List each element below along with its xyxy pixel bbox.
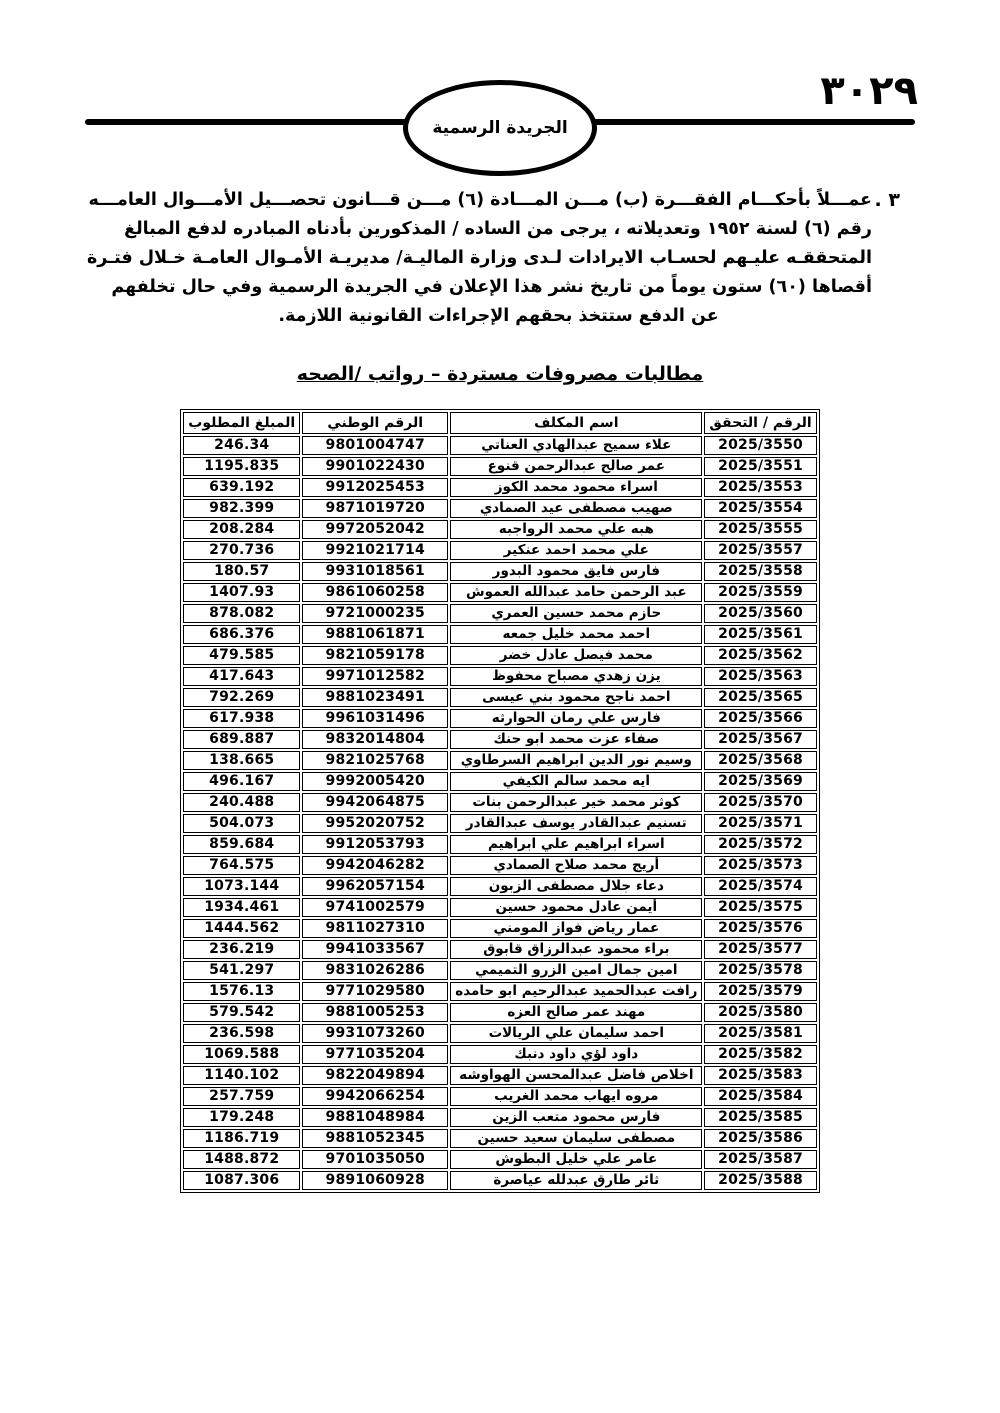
taxpayer-name-cell: حازم محمد حسين العمري bbox=[450, 604, 702, 623]
check-number-cell: 2025/3585 bbox=[704, 1108, 816, 1127]
table-row: 2025/3571تسنيم عبدالقادر يوسف عبدالقادر9… bbox=[183, 814, 816, 833]
check-number-cell: 2025/3553 bbox=[704, 478, 816, 497]
amount-cell: 1069.588 bbox=[183, 1045, 300, 1064]
taxpayer-name-cell: احمد سليمان علي الريالات bbox=[450, 1024, 702, 1043]
amount-cell: 1488.872 bbox=[183, 1150, 300, 1169]
gazette-oval: الجريدة الرسمية bbox=[403, 80, 597, 176]
page-header: ٣٠٢٩ الجريدة الرسمية bbox=[0, 0, 1000, 178]
taxpayer-name-cell: تسنيم عبدالقادر يوسف عبدالقادر bbox=[450, 814, 702, 833]
amount-cell: 236.219 bbox=[183, 940, 300, 959]
notice-line: رقم (٦) لسنة ١٩٥٢ وتعديلاته ، يرجى من ال… bbox=[125, 215, 872, 244]
notice-paragraph: ٣ . عمـــلاً بأحكـــام الفقـــرة (ب) مــ… bbox=[125, 186, 872, 331]
amount-cell: 1934.461 bbox=[183, 898, 300, 917]
amount-cell: 504.073 bbox=[183, 814, 300, 833]
table-row: 2025/3567صفاء عزت محمد ابو حنك9832014804… bbox=[183, 730, 816, 749]
national-id-cell: 9952020752 bbox=[302, 814, 448, 833]
national-id-cell: 9941033567 bbox=[302, 940, 448, 959]
notice-line: عن الدفع ستتخذ بحقهم الإجراءات القانونية… bbox=[125, 302, 872, 331]
national-id-cell: 9912025453 bbox=[302, 478, 448, 497]
check-number-cell: 2025/3562 bbox=[704, 646, 816, 665]
header-check-number: الرقم / التحقق bbox=[704, 412, 816, 434]
check-number-cell: 2025/3557 bbox=[704, 541, 816, 560]
table-row: 2025/3560حازم محمد حسين العمري9721000235… bbox=[183, 604, 816, 623]
table-row: 2025/3585فارس محمود متعب الزين9881048984… bbox=[183, 1108, 816, 1127]
claims-table: الرقم / التحقق اسم المكلف الرقم الوطني ا… bbox=[180, 409, 819, 1193]
check-number-cell: 2025/3586 bbox=[704, 1129, 816, 1148]
amount-cell: 417.643 bbox=[183, 667, 300, 686]
amount-cell: 236.598 bbox=[183, 1024, 300, 1043]
taxpayer-name-cell: علي محمد احمد عنكير bbox=[450, 541, 702, 560]
table-row: 2025/3566فارس علي رمان الحوارثه996103149… bbox=[183, 709, 816, 728]
taxpayer-name-cell: داود لؤي داود دنبك bbox=[450, 1045, 702, 1064]
check-number-cell: 2025/3580 bbox=[704, 1003, 816, 1022]
taxpayer-name-cell: امين جمال امين الزرو التميمي bbox=[450, 961, 702, 980]
national-id-cell: 9881052345 bbox=[302, 1129, 448, 1148]
taxpayer-name-cell: يزن زهدي مصباح محفوظ bbox=[450, 667, 702, 686]
check-number-cell: 2025/3554 bbox=[704, 499, 816, 518]
notice-item-number: ٣ . bbox=[875, 186, 900, 215]
amount-cell: 240.488 bbox=[183, 793, 300, 812]
table-row: 2025/3562محمد فيصل عادل خضر9821059178479… bbox=[183, 646, 816, 665]
taxpayer-name-cell: فارس محمود متعب الزين bbox=[450, 1108, 702, 1127]
header-taxpayer-name: اسم المكلف bbox=[450, 412, 702, 434]
check-number-cell: 2025/3581 bbox=[704, 1024, 816, 1043]
section-title: مطالبات مصروفات مستردة – رواتب /الصحه bbox=[0, 363, 1000, 385]
table-row: 2025/3550علاء سميح عبدالهادي العناتي9801… bbox=[183, 436, 816, 455]
check-number-cell: 2025/3584 bbox=[704, 1087, 816, 1106]
taxpayer-name-cell: عمار رياض فواز المومني bbox=[450, 919, 702, 938]
national-id-cell: 9832014804 bbox=[302, 730, 448, 749]
table-row: 2025/3570كوثر محمد خير عبدالرحمن بنات994… bbox=[183, 793, 816, 812]
check-number-cell: 2025/3565 bbox=[704, 688, 816, 707]
check-number-cell: 2025/3566 bbox=[704, 709, 816, 728]
amount-cell: 1186.719 bbox=[183, 1129, 300, 1148]
taxpayer-name-cell: فارس فايق محمود البدور bbox=[450, 562, 702, 581]
amount-cell: 180.57 bbox=[183, 562, 300, 581]
taxpayer-name-cell: صفاء عزت محمد ابو حنك bbox=[450, 730, 702, 749]
table-row: 2025/3581احمد سليمان علي الريالات9931073… bbox=[183, 1024, 816, 1043]
check-number-cell: 2025/3574 bbox=[704, 877, 816, 896]
gazette-page: ٣٠٢٩ الجريدة الرسمية ٣ . عمـــلاً بأحكــ… bbox=[0, 0, 1000, 1413]
check-number-cell: 2025/3571 bbox=[704, 814, 816, 833]
amount-cell: 138.665 bbox=[183, 751, 300, 770]
national-id-cell: 9831026286 bbox=[302, 961, 448, 980]
national-id-cell: 9942046282 bbox=[302, 856, 448, 875]
check-number-cell: 2025/3551 bbox=[704, 457, 816, 476]
national-id-cell: 9931073260 bbox=[302, 1024, 448, 1043]
amount-cell: 1087.306 bbox=[183, 1171, 300, 1190]
header-national-id: الرقم الوطني bbox=[302, 412, 448, 434]
national-id-cell: 9972052042 bbox=[302, 520, 448, 539]
taxpayer-name-cell: مهند عمر صالح العزه bbox=[450, 1003, 702, 1022]
header-amount-due: المبلغ المطلوب bbox=[183, 412, 300, 434]
notice-line: المتحققـه عليـهم لحسـاب الايرادات لـدى و… bbox=[125, 244, 872, 273]
table-row: 2025/3569ايه محمد سالم الكيفي99920054204… bbox=[183, 772, 816, 791]
table-row: 2025/3555هبه علي محمد الرواجبه9972052042… bbox=[183, 520, 816, 539]
table-row: 2025/3580مهند عمر صالح العزه988100525357… bbox=[183, 1003, 816, 1022]
check-number-cell: 2025/3567 bbox=[704, 730, 816, 749]
table-row: 2025/3579رافت عبدالحميد عبدالرحيم ابو حا… bbox=[183, 982, 816, 1001]
check-number-cell: 2025/3573 bbox=[704, 856, 816, 875]
table-row: 2025/3575أيمن عادل محمود حسين97410025791… bbox=[183, 898, 816, 917]
taxpayer-name-cell: دعاء جلال مصطفى الزبون bbox=[450, 877, 702, 896]
amount-cell: 617.938 bbox=[183, 709, 300, 728]
check-number-cell: 2025/3578 bbox=[704, 961, 816, 980]
taxpayer-name-cell: عامر علي خليل البطوش bbox=[450, 1150, 702, 1169]
check-number-cell: 2025/3559 bbox=[704, 583, 816, 602]
table-row: 2025/3557علي محمد احمد عنكير992102171427… bbox=[183, 541, 816, 560]
national-id-cell: 9891060928 bbox=[302, 1171, 448, 1190]
national-id-cell: 9921021714 bbox=[302, 541, 448, 560]
check-number-cell: 2025/3575 bbox=[704, 898, 816, 917]
taxpayer-name-cell: احمد ناجح محمود بني عيسى bbox=[450, 688, 702, 707]
notice-line: أقصاها (٦٠) ستون يوماً من تاريخ نشر هذا … bbox=[125, 273, 872, 302]
check-number-cell: 2025/3583 bbox=[704, 1066, 816, 1085]
amount-cell: 982.399 bbox=[183, 499, 300, 518]
table-row: 2025/3554صهيب مصطفى عيد الصمادي987101972… bbox=[183, 499, 816, 518]
amount-cell: 257.759 bbox=[183, 1087, 300, 1106]
notice-line: عمـــلاً بأحكـــام الفقـــرة (ب) مـــن ا… bbox=[125, 186, 872, 215]
amount-cell: 1444.562 bbox=[183, 919, 300, 938]
check-number-cell: 2025/3568 bbox=[704, 751, 816, 770]
national-id-cell: 9721000235 bbox=[302, 604, 448, 623]
taxpayer-name-cell: مروه ايهاب محمد الغريب bbox=[450, 1087, 702, 1106]
national-id-cell: 9942066254 bbox=[302, 1087, 448, 1106]
table-row: 2025/3559عبد الرحمن حامد عبدالله العموش9… bbox=[183, 583, 816, 602]
check-number-cell: 2025/3561 bbox=[704, 625, 816, 644]
table-row: 2025/3563يزن زهدي مصباح محفوظ99710125824… bbox=[183, 667, 816, 686]
amount-cell: 1140.102 bbox=[183, 1066, 300, 1085]
national-id-cell: 9962057154 bbox=[302, 877, 448, 896]
table-row: 2025/3558فارس فايق محمود البدور993101856… bbox=[183, 562, 816, 581]
national-id-cell: 9912053793 bbox=[302, 835, 448, 854]
amount-cell: 208.284 bbox=[183, 520, 300, 539]
amount-cell: 496.167 bbox=[183, 772, 300, 791]
table-header-row: الرقم / التحقق اسم المكلف الرقم الوطني ا… bbox=[183, 412, 816, 434]
taxpayer-name-cell: مصطفى سليمان سعيد حسين bbox=[450, 1129, 702, 1148]
check-number-cell: 2025/3569 bbox=[704, 772, 816, 791]
amount-cell: 579.542 bbox=[183, 1003, 300, 1022]
gazette-label: الجريدة الرسمية bbox=[432, 118, 567, 138]
taxpayer-name-cell: أيمن عادل محمود حسين bbox=[450, 898, 702, 917]
taxpayer-name-cell: صهيب مصطفى عيد الصمادي bbox=[450, 499, 702, 518]
amount-cell: 270.736 bbox=[183, 541, 300, 560]
amount-cell: 479.585 bbox=[183, 646, 300, 665]
national-id-cell: 9881061871 bbox=[302, 625, 448, 644]
national-id-cell: 9881005253 bbox=[302, 1003, 448, 1022]
national-id-cell: 9992005420 bbox=[302, 772, 448, 791]
national-id-cell: 9821025768 bbox=[302, 751, 448, 770]
check-number-cell: 2025/3577 bbox=[704, 940, 816, 959]
taxpayer-name-cell: براء محمود عبدالرزاق قابوق bbox=[450, 940, 702, 959]
table-row: 2025/3584مروه ايهاب محمد الغريب994206625… bbox=[183, 1087, 816, 1106]
check-number-cell: 2025/3579 bbox=[704, 982, 816, 1001]
taxpayer-name-cell: احمد محمد خليل جمعه bbox=[450, 625, 702, 644]
taxpayer-name-cell: فارس علي رمان الحوارثه bbox=[450, 709, 702, 728]
table-row: 2025/3588ثائر طارق عبدلله عياصرة98910609… bbox=[183, 1171, 816, 1190]
amount-cell: 792.269 bbox=[183, 688, 300, 707]
check-number-cell: 2025/3555 bbox=[704, 520, 816, 539]
amount-cell: 541.297 bbox=[183, 961, 300, 980]
amount-cell: 686.376 bbox=[183, 625, 300, 644]
table-row: 2025/3578امين جمال امين الزرو التميمي983… bbox=[183, 961, 816, 980]
taxpayer-name-cell: علاء سميح عبدالهادي العناتي bbox=[450, 436, 702, 455]
taxpayer-name-cell: أريج محمد صلاح الصمادي bbox=[450, 856, 702, 875]
national-id-cell: 9931018561 bbox=[302, 562, 448, 581]
national-id-cell: 9861060258 bbox=[302, 583, 448, 602]
national-id-cell: 9821059178 bbox=[302, 646, 448, 665]
taxpayer-name-cell: اسراء محمود محمد الكوز bbox=[450, 478, 702, 497]
national-id-cell: 9701035050 bbox=[302, 1150, 448, 1169]
national-id-cell: 9881023491 bbox=[302, 688, 448, 707]
check-number-cell: 2025/3587 bbox=[704, 1150, 816, 1169]
page-number: ٣٠٢٩ bbox=[820, 68, 918, 114]
taxpayer-name-cell: هبه علي محمد الرواجبه bbox=[450, 520, 702, 539]
table-row: 2025/3574دعاء جلال مصطفى الزبون996205715… bbox=[183, 877, 816, 896]
table-row: 2025/3565احمد ناجح محمود بني عيسى9881023… bbox=[183, 688, 816, 707]
amount-cell: 1073.144 bbox=[183, 877, 300, 896]
national-id-cell: 9942064875 bbox=[302, 793, 448, 812]
table-row: 2025/3582داود لؤي داود دنبك9771035204106… bbox=[183, 1045, 816, 1064]
amount-cell: 1576.13 bbox=[183, 982, 300, 1001]
amount-cell: 639.192 bbox=[183, 478, 300, 497]
national-id-cell: 9971012582 bbox=[302, 667, 448, 686]
table-row: 2025/3586مصطفى سليمان سعيد حسين988105234… bbox=[183, 1129, 816, 1148]
table-row: 2025/3553اسراء محمود محمد الكوز991202545… bbox=[183, 478, 816, 497]
check-number-cell: 2025/3582 bbox=[704, 1045, 816, 1064]
check-number-cell: 2025/3560 bbox=[704, 604, 816, 623]
table-row: 2025/3572اسراء ابراهيم علي ابراهيم991205… bbox=[183, 835, 816, 854]
taxpayer-name-cell: اخلاص فاضل عبدالمحسن الهواوشه bbox=[450, 1066, 702, 1085]
amount-cell: 689.887 bbox=[183, 730, 300, 749]
taxpayer-name-cell: ثائر طارق عبدلله عياصرة bbox=[450, 1171, 702, 1190]
check-number-cell: 2025/3570 bbox=[704, 793, 816, 812]
table-row: 2025/3576عمار رياض فواز المومني981102731… bbox=[183, 919, 816, 938]
check-number-cell: 2025/3588 bbox=[704, 1171, 816, 1190]
amount-cell: 878.082 bbox=[183, 604, 300, 623]
national-id-cell: 9822049894 bbox=[302, 1066, 448, 1085]
amount-cell: 859.684 bbox=[183, 835, 300, 854]
amount-cell: 246.34 bbox=[183, 436, 300, 455]
amount-cell: 764.575 bbox=[183, 856, 300, 875]
check-number-cell: 2025/3572 bbox=[704, 835, 816, 854]
taxpayer-name-cell: عمر صالح عبدالرحمن قنوع bbox=[450, 457, 702, 476]
taxpayer-name-cell: اسراء ابراهيم علي ابراهيم bbox=[450, 835, 702, 854]
taxpayer-name-cell: كوثر محمد خير عبدالرحمن بنات bbox=[450, 793, 702, 812]
check-number-cell: 2025/3563 bbox=[704, 667, 816, 686]
national-id-cell: 9771029580 bbox=[302, 982, 448, 1001]
taxpayer-name-cell: محمد فيصل عادل خضر bbox=[450, 646, 702, 665]
national-id-cell: 9881048984 bbox=[302, 1108, 448, 1127]
amount-cell: 1195.835 bbox=[183, 457, 300, 476]
amount-cell: 179.248 bbox=[183, 1108, 300, 1127]
national-id-cell: 9771035204 bbox=[302, 1045, 448, 1064]
amount-cell: 1407.93 bbox=[183, 583, 300, 602]
national-id-cell: 9801004747 bbox=[302, 436, 448, 455]
check-number-cell: 2025/3558 bbox=[704, 562, 816, 581]
table-row: 2025/3551عمر صالح عبدالرحمن قنوع99010224… bbox=[183, 457, 816, 476]
table-row: 2025/3587عامر علي خليل البطوش97010350501… bbox=[183, 1150, 816, 1169]
table-row: 2025/3573أريج محمد صلاح الصمادي994204628… bbox=[183, 856, 816, 875]
taxpayer-name-cell: ايه محمد سالم الكيفي bbox=[450, 772, 702, 791]
national-id-cell: 9741002579 bbox=[302, 898, 448, 917]
national-id-cell: 9871019720 bbox=[302, 499, 448, 518]
national-id-cell: 9811027310 bbox=[302, 919, 448, 938]
national-id-cell: 9901022430 bbox=[302, 457, 448, 476]
taxpayer-name-cell: رافت عبدالحميد عبدالرحيم ابو حامده bbox=[450, 982, 702, 1001]
check-number-cell: 2025/3576 bbox=[704, 919, 816, 938]
taxpayer-name-cell: وسيم نور الدين ابراهيم السرطاوي bbox=[450, 751, 702, 770]
table-row: 2025/3561احمد محمد خليل جمعه988106187168… bbox=[183, 625, 816, 644]
table-row: 2025/3577براء محمود عبدالرزاق قابوق99410… bbox=[183, 940, 816, 959]
taxpayer-name-cell: عبد الرحمن حامد عبدالله العموش bbox=[450, 583, 702, 602]
table-row: 2025/3568وسيم نور الدين ابراهيم السرطاوي… bbox=[183, 751, 816, 770]
national-id-cell: 9961031496 bbox=[302, 709, 448, 728]
table-row: 2025/3583اخلاص فاضل عبدالمحسن الهواوشه98… bbox=[183, 1066, 816, 1085]
check-number-cell: 2025/3550 bbox=[704, 436, 816, 455]
